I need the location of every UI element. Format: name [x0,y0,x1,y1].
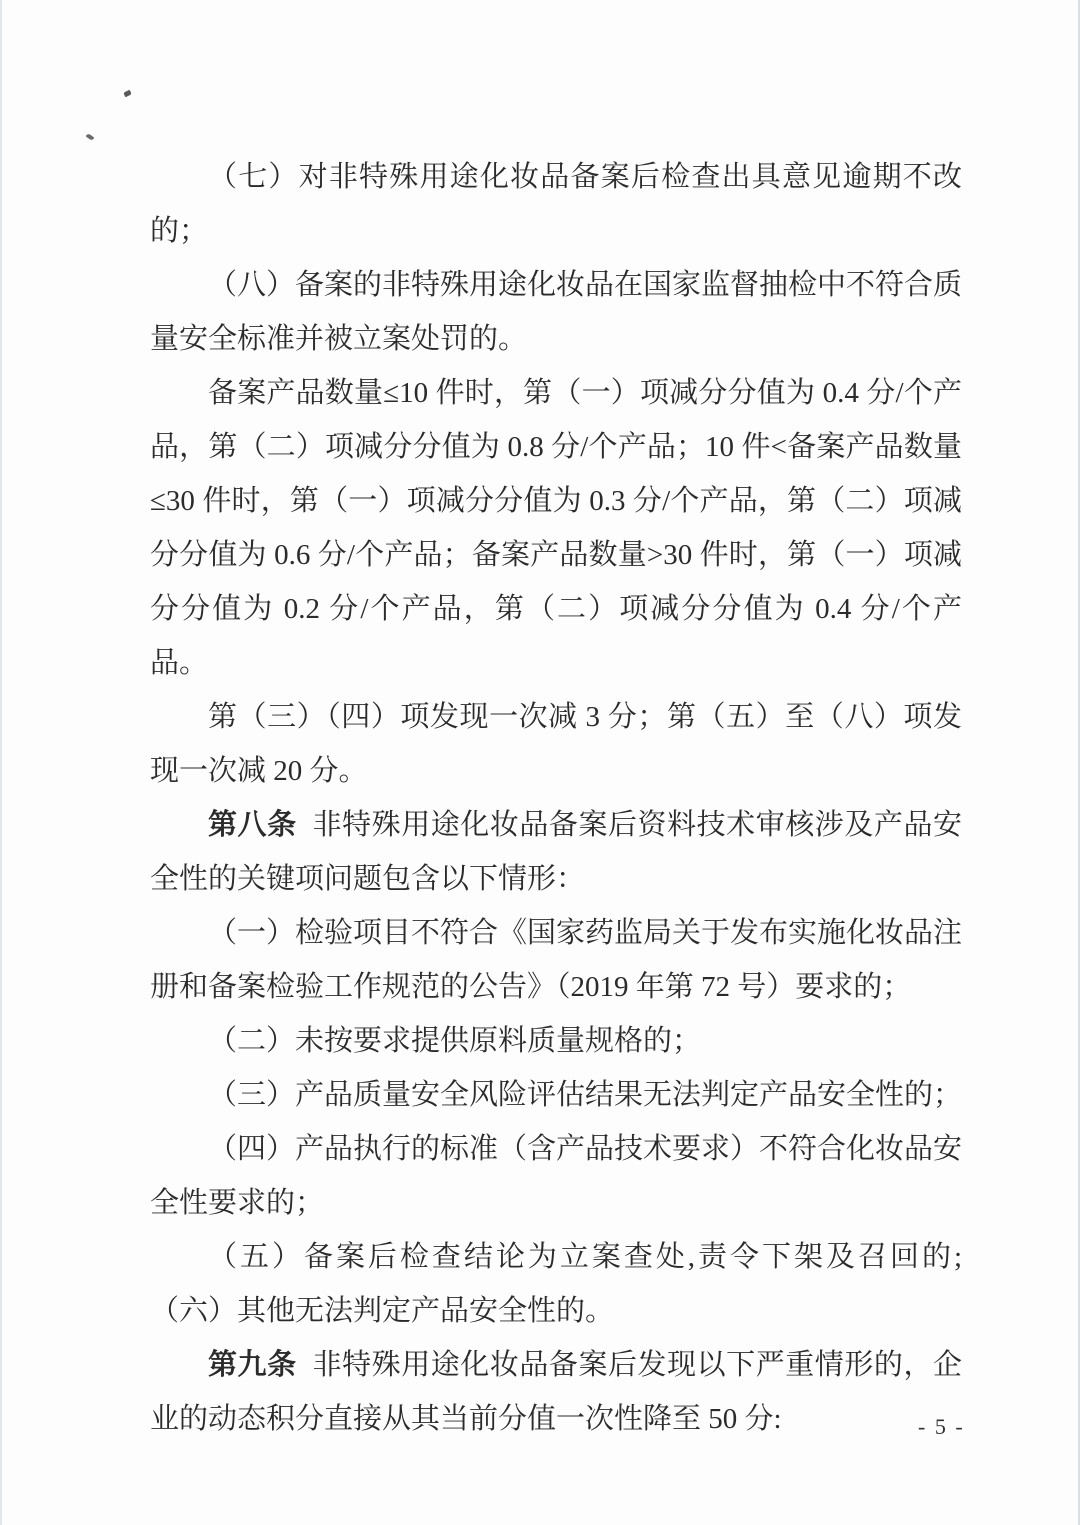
paragraph-item-2: （二）未按要求提供原料质量规格的； [150,1014,962,1068]
document-body: （七）对非特殊用途化妆品备案后检查出具意见逾期不改的； （八）备案的非特殊用途化… [150,150,962,1446]
paragraph-item-7: （七）对非特殊用途化妆品备案后检查出具意见逾期不改的； [150,150,962,258]
paragraph-item-3: （三）产品质量安全风险评估结果无法判定产品安全性的； [150,1068,962,1122]
article-9-term: 第九条 [208,1349,297,1381]
scan-speck [123,90,131,97]
paragraph-item-4: （四）产品执行的标准（含产品技术要求）不符合化妆品安全性要求的； [150,1122,962,1230]
paragraph-item-8: （八）备案的非特殊用途化妆品在国家监督抽检中不符合质量安全标准并被立案处罚的。 [150,258,962,366]
paragraph-article-8: 第八条非特殊用途化妆品备案后资料技术审核涉及产品安全性的关键项问题包含以下情形： [150,798,962,906]
scan-speck [86,133,95,141]
paragraph-item-5-6: （五）备案后检查结论为立案查处,责令下架及召回的;（六）其他无法判定产品安全性的… [150,1230,962,1338]
paragraph-deduction-rules: 备案产品数量≤10 件时，第（一）项减分分值为 0.4 分/个产品，第（二）项减… [150,366,962,690]
document-page: （七）对非特殊用途化妆品备案后检查出具意见逾期不改的； （八）备案的非特殊用途化… [0,0,1080,1525]
article-8-term: 第八条 [208,809,297,841]
paragraph-article-9: 第九条非特殊用途化妆品备案后发现以下严重情形的，企业的动态积分直接从其当前分值一… [150,1338,962,1446]
page-number: - 5 - [918,1414,965,1440]
paragraph-deduction-points: 第（三）（四）项发现一次减 3 分；第（五）至（八）项发现一次减 20 分。 [150,690,962,798]
paragraph-item-1: （一）检验项目不符合《国家药监局关于发布实施化妆品注册和备案检验工作规范的公告》… [150,906,962,1014]
